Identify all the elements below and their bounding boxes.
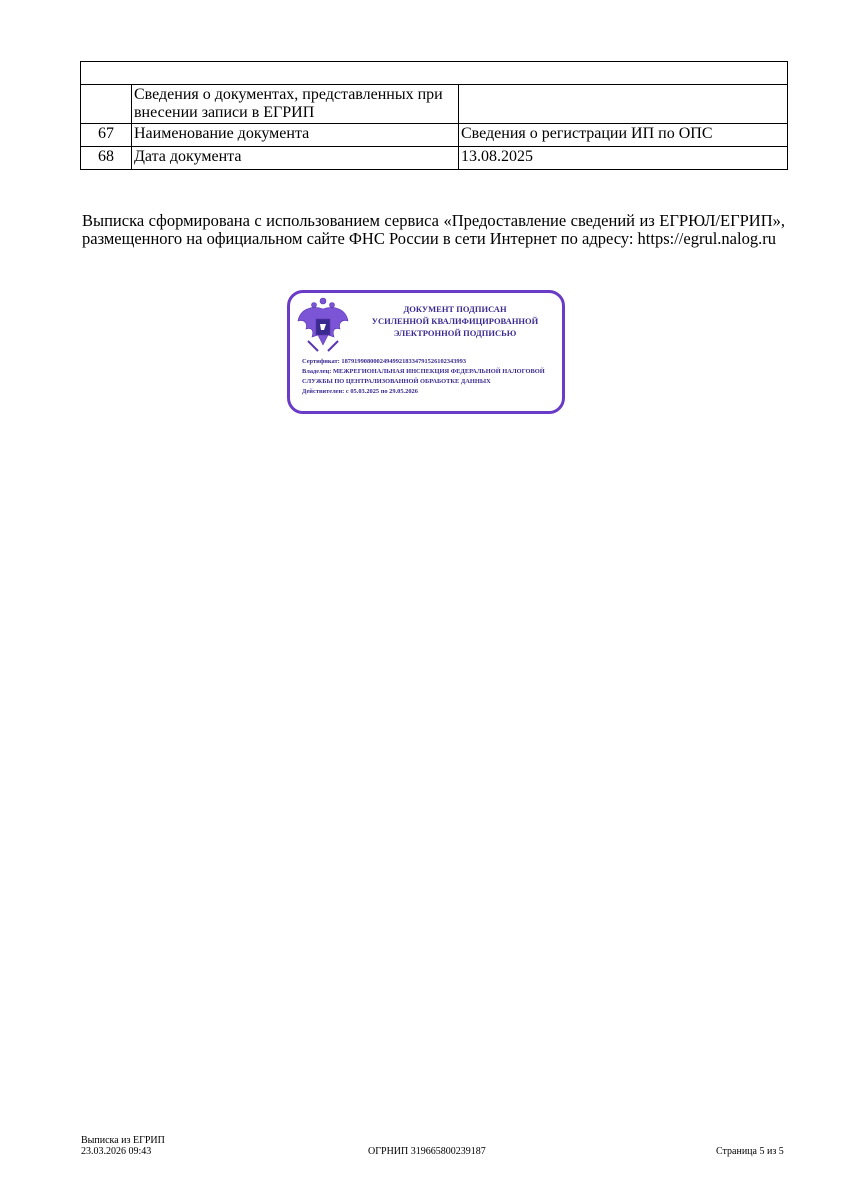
coat-of-arms-icon	[294, 295, 352, 355]
source-note: Выписка сформирована с использованием се…	[82, 212, 785, 248]
signature-stamp: ДОКУМЕНТ ПОДПИСАН УСИЛЕННОЙ КВАЛИФИЦИРОВ…	[287, 290, 565, 414]
stamp-title: ДОКУМЕНТ ПОДПИСАН УСИЛЕННОЙ КВАЛИФИЦИРОВ…	[360, 303, 550, 339]
certificate-number: Сертификат: 1879199080002494992183347915…	[302, 357, 562, 367]
row-label: Дата документа	[132, 147, 459, 170]
row-number: 68	[81, 147, 132, 170]
footer-page-number: Страница 5 из 5	[716, 1146, 784, 1157]
table-section-row: Сведения о документах, представленных пр…	[81, 85, 788, 124]
table-row: 68 Дата документа 13.08.2025	[81, 147, 788, 170]
table-row: 67 Наименование документа Сведения о рег…	[81, 124, 788, 147]
section-title: Сведения о документах, представленных пр…	[132, 85, 459, 124]
footer-ogrnip: ОГРНИП 319665800239187	[368, 1146, 486, 1157]
table-blank-row	[81, 62, 788, 85]
certificate-owner: Владелец: МЕЖРЕГИОНАЛЬНАЯ ИНСПЕКЦИЯ ФЕДЕ…	[302, 367, 562, 387]
certificate-validity: Действителен: с 05.03.2025 по 29.05.2026	[302, 387, 562, 397]
row-value: Сведения о регистрации ИП по ОПС	[459, 124, 788, 147]
footer-doc-name: Выписка из ЕГРИП	[81, 1135, 165, 1146]
footer-datetime: 23.03.2026 09:43	[81, 1146, 165, 1157]
row-value: 13.08.2025	[459, 147, 788, 170]
row-label: Наименование документа	[132, 124, 459, 147]
row-number: 67	[81, 124, 132, 147]
egrip-table: Сведения о документах, представленных пр…	[80, 61, 788, 170]
footer-doc-info: Выписка из ЕГРИП 23.03.2026 09:43	[81, 1135, 165, 1157]
stamp-details: Сертификат: 1879199080002494992183347915…	[302, 357, 562, 397]
